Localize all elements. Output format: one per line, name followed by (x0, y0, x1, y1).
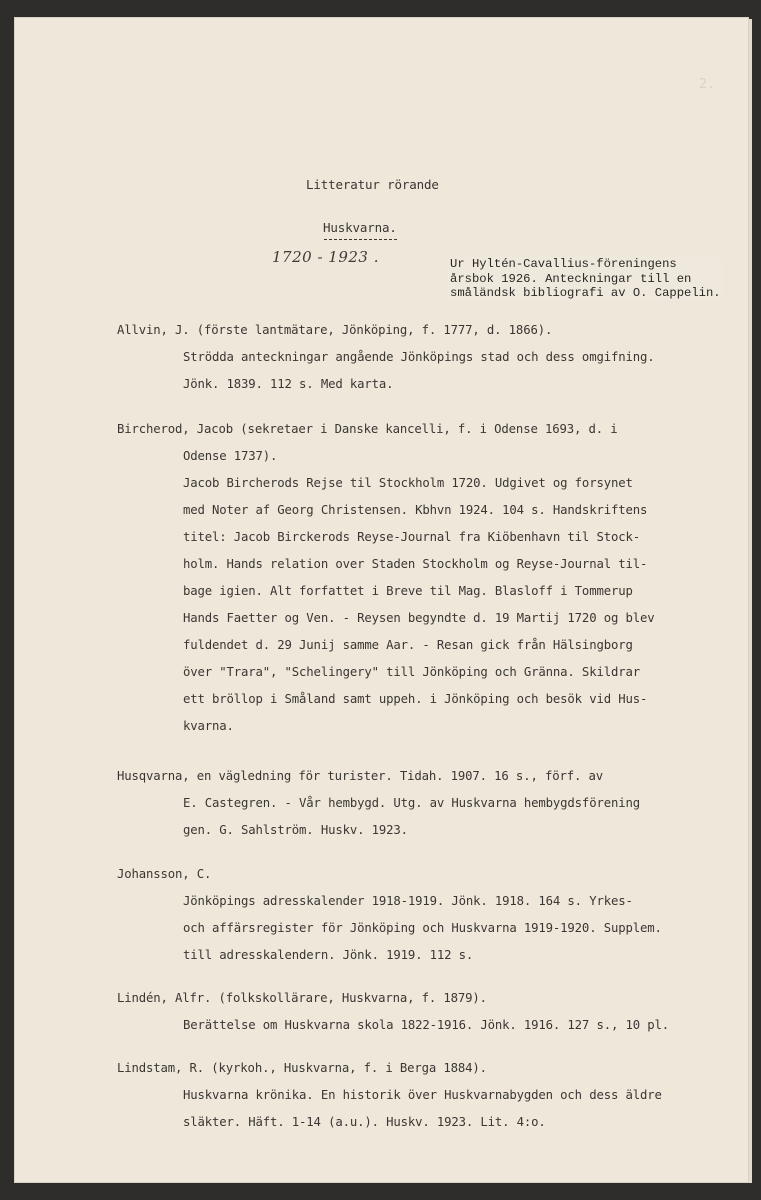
page-number-bleedthrough: 2. (699, 77, 715, 92)
title-underline (324, 239, 397, 240)
entry-line: bage igien. Alt forfattet i Breve til Ma… (183, 584, 633, 598)
entry-line: Lindén, Alfr. (folkskollärare, Huskvarna… (117, 991, 487, 1005)
entry-line: kvarna. (183, 719, 234, 733)
entry-line: Jönk. 1839. 112 s. Med karta. (183, 377, 393, 391)
entry-line: Huskvarna krönika. En historik över Husk… (183, 1088, 662, 1102)
entry-line: Odense 1737). (183, 449, 277, 463)
entry-line: E. Castegren. - Vår hembygd. Utg. av Hus… (183, 796, 640, 810)
title-line-1: Litteratur rörande (306, 177, 439, 192)
title-line-2: Huskvarna. (323, 220, 397, 235)
entry-line: Strödda anteckningar angående Jönköpings… (183, 350, 654, 364)
entry-line: ett bröllop i Småland samt uppeh. i Jönk… (183, 692, 647, 706)
entry-line: Johansson, C. (117, 867, 211, 881)
entry-line: Jönköpings adresskalender 1918-1919. Jön… (183, 894, 633, 908)
entry-line: Husqvarna, en vägledning för turister. T… (117, 769, 603, 783)
entry-line: Berättelse om Huskvarna skola 1822-1916.… (183, 1018, 669, 1032)
entry-line: släkter. Häft. 1-14 (a.u.). Huskv. 1923.… (183, 1115, 546, 1129)
source-note-line: Ur Hyltén-Cavallius-föreningens (450, 257, 721, 272)
entry-line: med Noter af Georg Christensen. Kbhvn 19… (183, 503, 647, 517)
entry-line: till adresskalendern. Jönk. 1919. 112 s. (183, 948, 473, 962)
entry-line: gen. G. Sahlström. Huskv. 1923. (183, 823, 408, 837)
entry-line: Lindstam, R. (kyrkoh., Huskvarna, f. i B… (117, 1061, 487, 1075)
entry-line: fuldendet d. 29 Junij samme Aar. - Resan… (183, 638, 633, 652)
entry-line: över "Trara", "Schelingery" till Jönköpi… (183, 665, 640, 679)
handwritten-date-range: 1720 - 1923 . (272, 248, 379, 266)
entry-line: Hands Faetter og Ven. - Reysen begyndte … (183, 611, 654, 625)
entry-line: Jacob Bircherods Rejse til Stockholm 172… (183, 476, 633, 490)
entry-line: holm. Hands relation over Staden Stockho… (183, 557, 647, 571)
entry-line: Bircherod, Jacob (sekretaer i Danske kan… (117, 422, 617, 436)
entry-line: Allvin, J. (förste lantmätare, Jönköping… (117, 323, 552, 337)
source-note-line: småländsk bibliografi av O. Cappelin. (450, 286, 721, 301)
document-page: 2. Litteratur rörande Huskvarna. 1720 - … (14, 17, 749, 1183)
entry-line: titel: Jacob Birckerods Reyse-Journal fr… (183, 530, 640, 544)
source-note: Ur Hyltén-Cavallius-föreningens årsbok 1… (448, 257, 723, 301)
entry-line: och affärsregister för Jönköping och Hus… (183, 921, 662, 935)
source-note-line: årsbok 1926. Anteckningar till en (450, 272, 721, 287)
